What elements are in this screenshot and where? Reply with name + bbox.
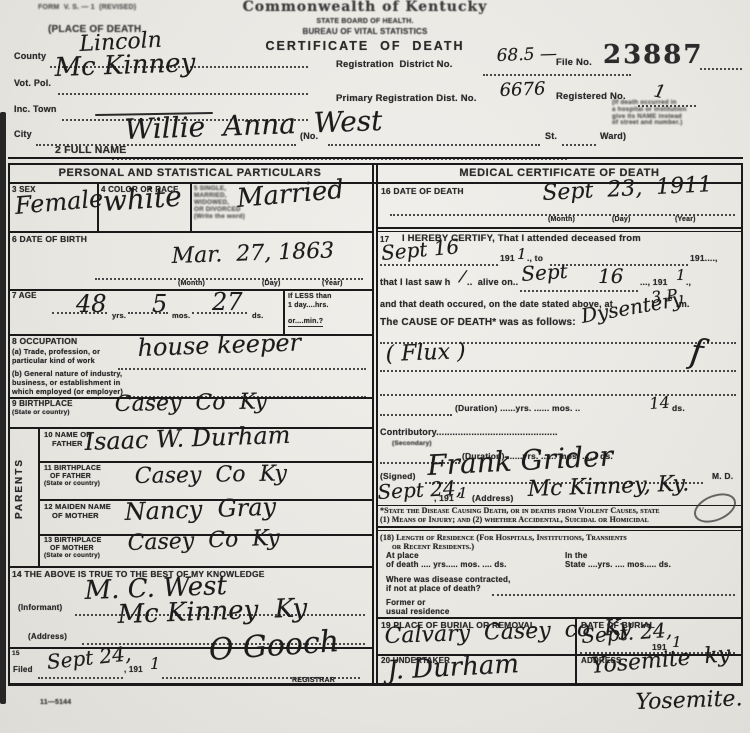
duration-label: (Duration) ......yrs. ...... mos. ..	[455, 404, 580, 413]
rule-line	[376, 163, 378, 685]
undertaker-handwritten: J. Durham	[387, 651, 520, 684]
vot-pol-handwritten: Mc Kinney	[54, 50, 196, 81]
occupation-a-label: (a) Trade, profession, or	[12, 348, 100, 356]
age-label: 7 AGE	[12, 292, 37, 301]
birthplace-handwritten: Casey Co Ky	[115, 391, 268, 416]
state-board-line: STATE BOARD OF HEALTH.	[215, 18, 515, 26]
birthplace-sublabel: (State or country)	[12, 409, 70, 416]
cause-of-death-handwritten: Dysentery	[580, 288, 685, 326]
dob-handwritten: Mar. 27, 1863	[171, 240, 334, 268]
file-no-value: 23887	[603, 41, 703, 70]
occupation-b-label: (b) General nature of industry,	[12, 370, 122, 378]
occupation-b-label: business, or establishment in	[12, 379, 120, 387]
dob-day-sublabel: (Day)	[262, 280, 281, 288]
rule-line	[741, 163, 743, 685]
mother-name-label: 12 MAIDEN NAME	[44, 503, 111, 511]
signed-year-handwritten: 1	[458, 486, 468, 501]
from-year-handwritten: 1	[517, 247, 527, 262]
birthplace-label: 9 BIRTHPLACE	[12, 400, 73, 409]
physician-address-handwritten: Mc Kinney, Ky.	[527, 473, 689, 501]
signed-year-printed: , 191	[434, 494, 454, 503]
parents-vertical-label: PARENTS	[14, 458, 25, 519]
father-name-handwritten: Isaac W. Durham	[84, 423, 291, 454]
contracted-dotted-line	[492, 592, 735, 596]
cause-footnote: (1) Means of Injury; and (2) whether Acc…	[380, 516, 649, 525]
informant-address-handwritten: Mc Kinney Ky	[117, 595, 308, 628]
date-of-death-handwritten: Sept 23, 1911	[542, 174, 713, 205]
residence-title: or Recent Residents.)	[392, 542, 474, 551]
mother-birthplace-sublabel: (State or country)	[44, 553, 100, 560]
dod-month-sublabel: (Month)	[548, 216, 575, 224]
attended-from-dotted-line	[380, 262, 498, 266]
from-year-printed: 191	[500, 254, 515, 263]
filed-year-printed: , 191	[124, 666, 143, 675]
death-occurred-text: and that death occured, on the date stat…	[380, 300, 613, 310]
county-label: County	[14, 52, 46, 62]
cause-of-death-label: The CAUSE OF DEATH* was as follows:	[380, 317, 576, 328]
in-state-label: State ....yrs. .... mos..... ds.	[565, 561, 671, 570]
file-no-dotted-line	[700, 66, 742, 70]
cause-dotted-line	[380, 368, 736, 372]
registration-district-label: Registration District No.	[336, 60, 453, 70]
date-of-death-label: 16 DATE OF DEATH	[381, 187, 464, 196]
alive-month-handwritten: Sept	[521, 261, 569, 284]
city-ward-label: Ward)	[600, 132, 626, 142]
inc-town-label: Inc. Town	[14, 105, 57, 115]
vot-pol-label: Vot. Pol.	[14, 79, 51, 89]
rule-line	[8, 289, 372, 291]
age-less-note-line: If LESS than	[288, 292, 332, 301]
alive-day-handwritten: 16	[598, 266, 623, 286]
hospital-note: (If death occurred in a hospital or inst…	[612, 100, 720, 127]
header-center: Commonwealth of Kentucky STATE BOARD OF …	[215, 0, 515, 54]
age-dotted-line	[128, 310, 168, 314]
registrar-signature: O Gooch	[208, 627, 340, 666]
physician-address-label: (Address)	[472, 494, 513, 503]
secondary-sublabel: (Secondary)	[392, 440, 432, 447]
former-residence-label: usual residence	[386, 608, 449, 617]
last-saw-text: that I last saw h	[380, 278, 450, 288]
vot-pol-dotted-line	[58, 91, 308, 95]
rule-line	[8, 231, 372, 233]
father-birthplace-handwritten: Casey Co Ky	[135, 463, 288, 488]
mother-name-label: OF MOTHER	[52, 512, 99, 520]
dod-day-sublabel: (Day)	[612, 216, 631, 224]
form-code: 11—5144	[40, 699, 71, 707]
file-no-label: File No.	[556, 58, 592, 68]
age-dotted-line	[52, 310, 107, 314]
registration-district-handwritten: 68.5 —	[496, 46, 557, 65]
mother-birthplace-handwritten: Casey Co Ky	[127, 528, 280, 555]
age-dotted-line	[192, 310, 247, 314]
alive-on-text: .. alive on..	[467, 278, 518, 288]
commonwealth-title: Commonwealth of Kentucky	[215, 0, 515, 15]
occupation-b-label: which employed (or employer)	[12, 388, 123, 396]
city-label: City	[14, 130, 32, 140]
ink-flourish	[690, 488, 741, 529]
occupation-a-dotted-line	[118, 366, 366, 370]
age-less-note-line: 1 day....hrs.	[288, 301, 332, 310]
cause-secondary-handwritten: ( Flux )	[385, 341, 466, 366]
sex-handwritten: Female	[14, 186, 104, 218]
death-certificate-scan: FORM V. S. — 1 (REVISED) Commonwealth of…	[0, 0, 750, 733]
md-label: M. D.	[712, 472, 733, 481]
duration-ds-label: ds.	[672, 404, 685, 413]
rule-line	[8, 566, 372, 568]
registrar-label: REGISTRAR	[292, 677, 335, 685]
occupation-label: 8 OCCUPATION	[12, 337, 77, 346]
informant-label: (Informant)	[18, 604, 62, 613]
rule-line	[376, 530, 743, 531]
occupation-a-label: particular kind of work	[12, 357, 95, 365]
mother-name-handwritten: Nancy Gray	[124, 495, 276, 524]
filed-field-number: 15	[12, 650, 20, 657]
cause-dotted-line	[380, 392, 736, 396]
father-birthplace-label: 11 BIRTHPLACE	[44, 465, 101, 473]
full-name-label: 2 FULL NAME	[55, 145, 126, 157]
rule-line	[376, 526, 743, 528]
dob-month-sublabel: (Month)	[178, 280, 205, 288]
marital-handwritten: Married	[236, 177, 345, 212]
at-place-label: of death .... yrs..... mos. .... ds.	[386, 561, 507, 570]
dob-label: 6 DATE OF BIRTH	[12, 235, 87, 244]
rule-line	[38, 427, 40, 566]
last-saw-mark-handwritten: /	[459, 268, 467, 285]
to-year-printed: 191....,	[690, 254, 718, 263]
form-corner-note: FORM V. S. — 1 (REVISED)	[38, 4, 136, 12]
duration-days-handwritten: 14	[649, 395, 670, 412]
overflow-handwriting: Yosemite.	[635, 688, 743, 714]
filed-dotted-line	[38, 675, 123, 679]
informant-address-label: (Address)	[28, 633, 67, 642]
age-ds-label: ds.	[252, 312, 263, 320]
alive-end-printed: .,	[686, 278, 691, 287]
age-yrs-label: yrs.	[112, 312, 126, 320]
rule-line	[190, 182, 192, 232]
primary-registration-handwritten: 6676	[499, 80, 545, 100]
color-race-handwritten: white	[102, 183, 183, 216]
alive-dotted-line	[520, 288, 638, 292]
filed-year-handwritten: 1	[150, 656, 160, 672]
scan-edge-strip	[0, 112, 6, 704]
duration-dotted-line	[380, 412, 452, 416]
occupation-handwritten: house keeper	[137, 330, 301, 360]
bureau-line: BUREAU OF VITAL STATISTICS	[215, 28, 515, 37]
ward-dotted-line	[562, 142, 596, 146]
registration-district-dotted-line	[483, 72, 631, 76]
mother-birthplace-label: 13 BIRTHPLACE	[44, 537, 101, 545]
hospital-note-line: of street and number.)	[612, 120, 720, 127]
residence-title: (18) Length of Residence (For Hospitals,…	[380, 533, 627, 542]
full-name-handwritten: Willie Anna West	[124, 107, 383, 144]
rule-line	[376, 227, 743, 229]
filed-label: Filed	[13, 666, 33, 675]
age-less-note-line: or....min.?	[288, 317, 323, 327]
rule-line	[376, 231, 743, 232]
rule-line	[372, 163, 374, 685]
dod-year-sublabel: (Year)	[675, 216, 696, 224]
rule-line	[8, 163, 10, 685]
age-mos-label: mos.	[172, 312, 190, 320]
father-birthplace-sublabel: (State or country)	[44, 481, 100, 488]
disease-contracted-label: if not at place of death?	[386, 585, 481, 594]
certificate-of-death-title: CERTIFICATE OF DEATH	[215, 40, 515, 54]
dob-year-sublabel: (Year)	[322, 280, 343, 288]
contributory-label: Contributory............................…	[380, 428, 558, 438]
age-less-note: If LESS than 1 day....hrs. or....min.?	[288, 292, 332, 328]
rule-line	[8, 157, 743, 159]
attended-from-handwritten: Sept 16	[380, 236, 460, 263]
city-st-label: St.	[545, 132, 557, 142]
alive-year-handwritten: 1	[676, 268, 686, 283]
street-dotted-line	[328, 142, 540, 146]
father-name-label: FATHER	[52, 440, 83, 448]
primary-registration-label: Primary Registration Dist. No.	[336, 94, 477, 104]
